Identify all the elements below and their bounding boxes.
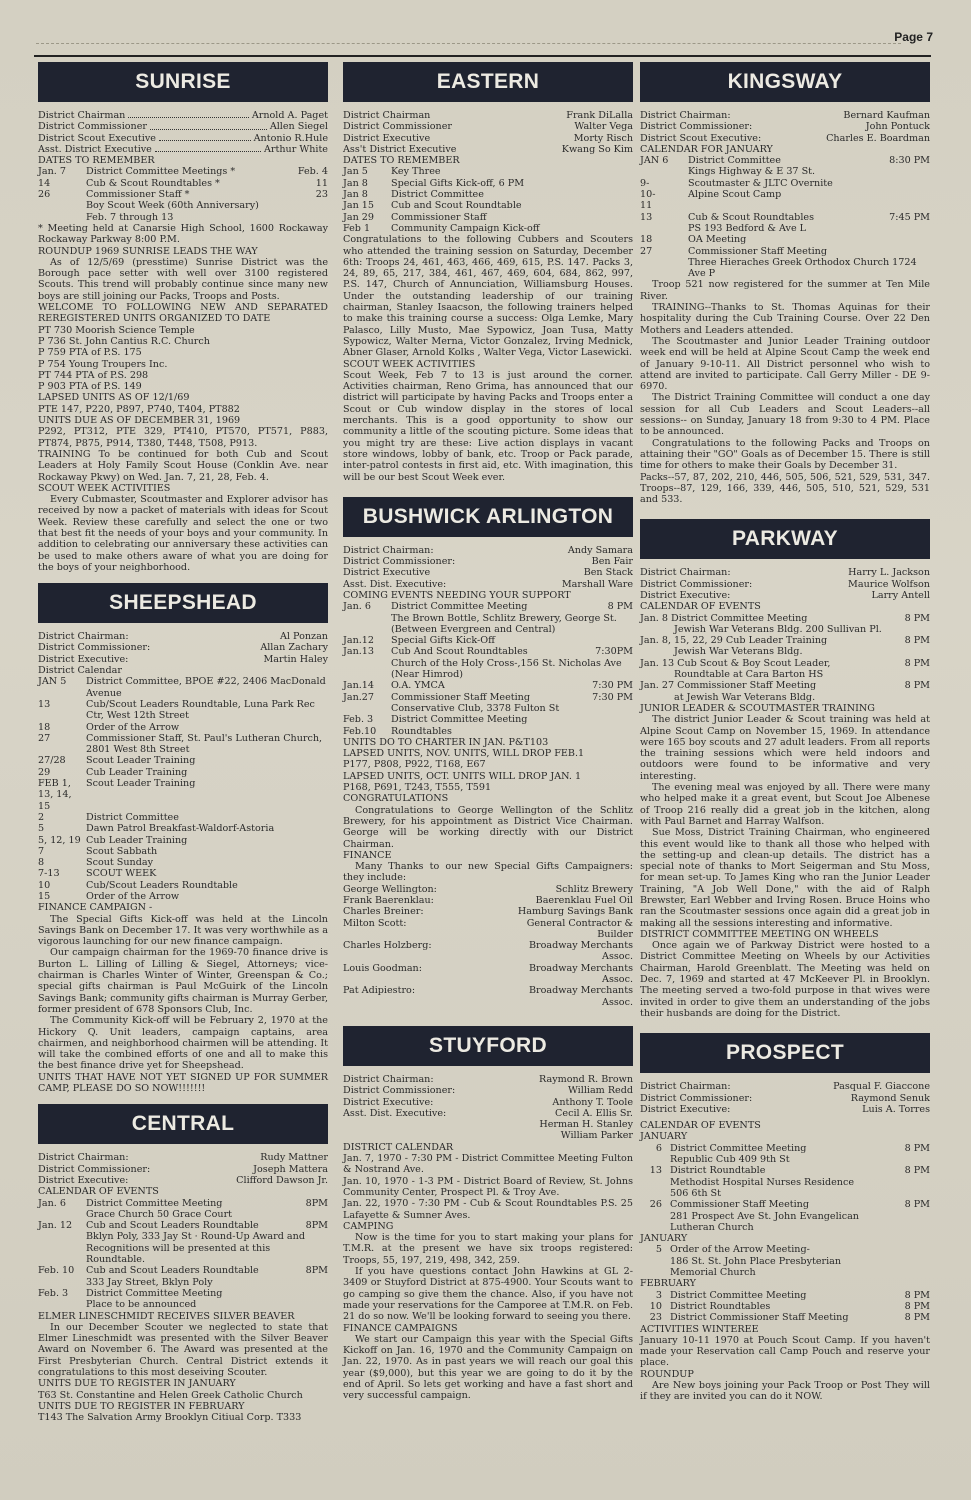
unit-item: PT 730 Moorish Science Temple <box>38 325 328 336</box>
event-date: Jan.14 <box>343 680 391 691</box>
event-title: OA Meeting <box>688 234 930 245</box>
officer-row: District Scout ExecutiveAntonio R.Hule <box>38 133 328 144</box>
officer-name: Walter Vega <box>574 121 633 132</box>
event-title: Commissioner Staff Meeting <box>670 1199 905 1210</box>
section-heading: UNITS DUE TO REGISTER IN JANUARY <box>38 1378 328 1389</box>
event-title: District Committee Meeting <box>670 1290 905 1301</box>
event-title: Cub and Scout Leaders Roundtable <box>86 1220 306 1231</box>
calendar-event: Jan.14O.A. YMCA7:30 PM <box>343 680 633 691</box>
officer-name: Raymond R. Brown <box>539 1074 633 1085</box>
prospect-section: District Chairman:Pasqual F. GiacconeDis… <box>640 1081 930 1402</box>
leader-dots <box>159 133 251 141</box>
event-date: 27 <box>640 246 688 257</box>
event-date: Jan.12 <box>343 635 391 646</box>
officer-name: Arnold A. Paget <box>252 110 328 121</box>
event-title <box>688 200 930 211</box>
officer-row: William Parker <box>343 1130 633 1141</box>
calendar-event: 14Cub & Scout Roundtables *11 <box>38 178 328 189</box>
officer-name: Ben Fair <box>592 556 633 567</box>
event-title: Community Campaign Kick-off <box>391 223 633 234</box>
officer-row: District ExecutiveMorty Risch <box>343 133 633 144</box>
officer-name: Harry L. Jackson <box>848 567 930 578</box>
calendar-event: 5Dawn Patrol Breakfast-Waldorf-Astoria <box>38 823 328 834</box>
officer-row: Asst. Dist. Executive:Cecil A. Ellis Sr. <box>343 1108 633 1119</box>
paragraph: Once again we of Parkway District were h… <box>640 940 930 1019</box>
event-title: Jan. 13 Cub Scout & Boy Scout Leader, <box>640 658 830 669</box>
paragraph: Troop 521 now registered for the summer … <box>640 279 930 302</box>
event-title: District Committee Meetings * <box>86 166 298 177</box>
calendar-event: 3District Committee Meeting8 PM <box>640 1290 930 1301</box>
section-heading: WELCOME TO FOLLOWING NEW AND SEPARATED R… <box>38 302 328 325</box>
event-time: 8PM <box>306 1220 328 1231</box>
campaigner-org: Hamburg Savings Bank <box>518 906 633 917</box>
event-date: JAN 6 <box>640 155 688 166</box>
event-title: Key Three <box>391 166 633 177</box>
officer-row: District Executive:Luis A. Torres <box>640 1104 930 1115</box>
calendar-event: Jan. 27 Commissioner Staff Meeting8 PM <box>640 680 930 691</box>
calendar-event: FEB 1, 13, 14, 15Scout Leader Training <box>38 778 328 812</box>
event-date: 18 <box>38 722 86 733</box>
campaigner-row: Louis Goodman:Broadway Merchants Assoc. <box>343 963 633 986</box>
officer-role: District Chairman: <box>343 545 434 556</box>
officer-name: Clifford Dawson Jr. <box>236 1175 328 1186</box>
paragraph: * Meeting held at Canarsie High School, … <box>38 223 328 246</box>
event-time: 8 PM <box>905 613 930 624</box>
event-title: SCOUT WEEK <box>86 868 328 879</box>
column-middle: EASTERN District ChairmanFrank DiLallaDi… <box>343 62 633 1402</box>
event-title: Commissioner Staff, St. Paul's Lutheran … <box>86 733 328 756</box>
sunrise-banner: SUNRISE <box>38 62 328 102</box>
calendar-event: 27/28Scout Leader Training <box>38 755 328 766</box>
officer-role: District Commissioner: <box>38 642 150 653</box>
event-title: District Committee <box>688 155 889 166</box>
event-detail: Church of the Holy Cross-,156 St. Nichol… <box>343 658 633 681</box>
paragraph: The Community Kick-off will be February … <box>38 1015 328 1071</box>
event-title: Jan. 8, 15, 22, 29 Cub Leader Training <box>640 635 827 646</box>
event-date: 7-13 <box>38 868 86 879</box>
section-heading: SCOUT WEEK ACTIVITIES <box>38 483 328 494</box>
calendar-entry: Jan. 22, 1970 - 7:30 PM - Cub & Scout Ro… <box>343 1198 633 1221</box>
officer-role: District Commissioner: <box>640 121 752 132</box>
event-date: Jan 8 <box>343 178 391 189</box>
officer-role: District Commissioner: <box>343 1085 455 1096</box>
event-date: 5, 12, 19 <box>38 835 86 846</box>
event-date: Feb. 10 <box>38 1265 86 1276</box>
event-date: 10 <box>640 1301 670 1312</box>
paragraph: If you have questions contact John Hawki… <box>343 1266 633 1322</box>
campaigner-row: Charles Holzberg:Broadway Merchants Asso… <box>343 940 633 963</box>
event-title: Order of the Arrow <box>86 722 328 733</box>
campaigner-name: Charles Breiner: <box>343 906 424 917</box>
stuyford-banner: STUYFORD <box>343 1026 633 1066</box>
officer-name: Al Ponzan <box>280 631 328 642</box>
calendar-event: Jan. 13 Cub Scout & Boy Scout Leader,8 P… <box>640 658 930 669</box>
campaigner-row: Charles Breiner:Hamburg Savings Bank <box>343 906 633 917</box>
event-time: 7:30PM <box>595 646 633 657</box>
paragraph: Our campaign chairman for the 1969-70 fi… <box>38 947 328 1015</box>
event-date: 13 <box>640 1165 670 1176</box>
officer-name: Frank DiLalla <box>566 110 633 121</box>
officer-row: Herman H. Stanley <box>343 1119 633 1130</box>
officer-role: District Chairman: <box>640 110 731 121</box>
column-right: KINGSWAY District Chairman:Bernard Kaufm… <box>640 62 930 1403</box>
event-detail: Conservative Club, 3378 Fulton St <box>343 703 633 714</box>
officer-name: Allan Zachary <box>260 642 328 653</box>
officer-role: District Commissioner: <box>640 1093 752 1104</box>
calendar-event: Feb. 3District Committee Meeting <box>38 1288 328 1299</box>
event-title: Scout Leader Training <box>86 778 328 812</box>
paragraph: Congratulations to George Wellington of … <box>343 805 633 850</box>
officer-role: District Chairman: <box>38 631 129 642</box>
calendar-event: JAN 6District Committee8:30 PM <box>640 155 930 166</box>
officer-role: District Executive: <box>38 1175 128 1186</box>
officer-row: District Chairman:Bernard Kaufman <box>640 110 930 121</box>
event-date: 10 <box>38 880 86 891</box>
campaigner-org: Schlitz Brewery <box>556 884 633 895</box>
calendar-event: Jan 8Special Gifts Kick-off, 6 PM <box>343 178 633 189</box>
campaigner-row: Pat Adipiestro:Broadway Merchants Assoc. <box>343 985 633 1008</box>
event-title: Alpine Scout Camp <box>688 189 930 200</box>
officer-row: District Commissioner:Maurice Wolfson <box>640 579 930 590</box>
event-date: Jan. 12 <box>38 1220 86 1231</box>
calendar-event: 10District Roundtables8 PM <box>640 1301 930 1312</box>
event-date: 11 <box>640 200 688 211</box>
officer-role: District Executive: <box>343 1097 433 1108</box>
calendar-event: 27Commissioner Staff, St. Paul's Luthera… <box>38 733 328 756</box>
event-detail: 186 St. St. John Place Presbyterian Memo… <box>640 1256 930 1279</box>
officer-name: Arthur White <box>264 144 328 155</box>
calendar-entry: Jan. 7, 1970 - 7:30 PM - District Commit… <box>343 1153 633 1176</box>
event-date: 10- <box>640 189 688 200</box>
officer-name: Rudy Mattner <box>260 1152 328 1163</box>
paragraph: P177, P808, P922, T168, E67 <box>343 759 633 770</box>
event-title: District Committee <box>86 812 328 823</box>
officer-role: District Chairman <box>38 110 125 121</box>
officer-name: Joseph Mattera <box>253 1164 328 1175</box>
event-title: District Committee Meeting <box>391 601 608 612</box>
event-detail: Place to be announced <box>38 1299 328 1310</box>
event-date: 26 <box>640 1199 670 1210</box>
event-date: FEB 1, 13, 14, 15 <box>38 778 86 812</box>
section-heading: CALENDAR OF EVENTS <box>38 1186 328 1197</box>
officer-name: Luis A. Torres <box>862 1104 930 1115</box>
section-heading: LAPSED UNITS, OCT. UNITS WILL DROP JAN. … <box>343 771 633 782</box>
officer-name: Andy Samara <box>568 545 633 556</box>
officer-row: District Executive:Clifford Dawson Jr. <box>38 1175 328 1186</box>
paragraph: As of 12/5/69 (presstime) Sunrise Distri… <box>38 257 328 302</box>
calendar-event: Jan.27Commissioner Staff Meeting7:30 PM <box>343 692 633 703</box>
section-heading: COMING EVENTS NEEDING YOUR SUPPORT <box>343 590 633 601</box>
event-title: Cub Leader Training <box>86 767 328 778</box>
officer-row: District Chairman:Harry L. Jackson <box>640 567 930 578</box>
campaigner-org: Baerenklau Fuel Oil <box>536 895 633 906</box>
event-detail: Methodist Hospital Nurses Residence 506 … <box>640 1177 930 1200</box>
section-heading: CONGRATULATIONS <box>343 793 633 804</box>
calendar-event: 7Scout Sabbath <box>38 846 328 857</box>
calendar-event: 8Scout Sunday <box>38 857 328 868</box>
calendar-event: Feb 1Community Campaign Kick-off <box>343 223 633 234</box>
officer-name: Pasqual F. Giaccone <box>833 1081 930 1092</box>
paragraph: Sue Moss, District Training Chairman, wh… <box>640 827 930 929</box>
officer-role: District Executive: <box>38 654 128 665</box>
event-title: Scout Leader Training <box>86 755 328 766</box>
event-time: 8 PM <box>608 601 633 612</box>
officer-row: Asst. Dist. Executive:Marshall Ware <box>343 579 633 590</box>
event-date: 8 <box>38 857 86 868</box>
event-time: 7:30 PM <box>592 692 633 703</box>
calendar-event: 26Commissioner Staff *23 <box>38 189 328 200</box>
event-time: 8PM <box>306 1265 328 1276</box>
section-heading: CALENDAR OF EVENTS <box>640 601 930 612</box>
sunrise-section: District ChairmanArnold A. PagetDistrict… <box>38 110 328 573</box>
officer-name: Herman H. Stanley <box>539 1119 633 1130</box>
officer-row: District Executive:Larry Antell <box>640 590 930 601</box>
event-date: 13 <box>640 212 688 223</box>
event-title: Scoutmaster & JLTC Overnite <box>688 178 930 189</box>
event-date: 15 <box>38 891 86 902</box>
officer-role: District Executive <box>343 567 430 578</box>
event-title: Commissioner Staff * <box>86 189 316 200</box>
event-detail: Jewish War Veterans Bldg. 200 Sullivan P… <box>640 624 930 635</box>
calendar-event: 26Commissioner Staff Meeting8 PM <box>640 1199 930 1210</box>
calendar-event: 18Order of the Arrow <box>38 722 328 733</box>
event-title: Cub and Scout Leaders Roundtable <box>86 1265 306 1276</box>
event-time: 8 PM <box>905 1199 930 1210</box>
event-time: 8PM <box>306 1198 328 1209</box>
section-heading: LAPSED UNITS, NOV. UNITS, WILL DROP FEB.… <box>343 748 633 759</box>
officer-role: District Chairman: <box>640 1081 731 1092</box>
officer-role: District Executive <box>343 133 430 144</box>
section-heading: CALENDAR FOR JANUARY <box>640 144 930 155</box>
calendar-event: 18OA Meeting <box>640 234 930 245</box>
officer-name: Cecil A. Ellis Sr. <box>555 1108 633 1119</box>
event-date: Feb. 3 <box>38 1288 86 1299</box>
paragraph: Now is the time for you to start making … <box>343 1232 633 1266</box>
calendar-event: 13Cub/Scout Leaders Roundtable, Luna Par… <box>38 699 328 722</box>
central-section: District Chairman:Rudy MattnerDistrict C… <box>38 1152 328 1423</box>
campaigner-row: George Wellington:Schlitz Brewery <box>343 884 633 895</box>
officer-role: District Executive: <box>640 590 730 601</box>
event-detail: at Jewish War Veterans Bldg. <box>640 692 930 703</box>
event-date: 5 <box>38 823 86 834</box>
calendar-event: 5Order of the Arrow Meeting- <box>640 1244 930 1255</box>
event-date: Jan.13 <box>343 646 391 657</box>
event-date: Feb. 3 <box>343 714 391 725</box>
event-time: 8 PM <box>905 1143 930 1154</box>
event-detail: Feb. 7 through 13 <box>38 212 328 223</box>
campaigner-name: Pat Adipiestro: <box>343 985 415 1008</box>
newspaper-page: Page 7 SUNRISE District ChairmanArnold A… <box>0 0 971 1500</box>
officer-name: Allen Siegel <box>270 121 328 132</box>
event-date: 13 <box>38 699 86 722</box>
section-heading: DISTRICT COMMITTEE MEETING ON WHEELS <box>640 929 930 940</box>
event-title: Order of the Arrow <box>86 891 328 902</box>
paragraph: P292, PT312, PTE 329, PT410, PT570, PT57… <box>38 426 328 449</box>
calendar-event: 13District Roundtable8 PM <box>640 1165 930 1176</box>
event-title: District Committee <box>391 189 633 200</box>
section-heading: SCOUT WEEK ACTIVITIES <box>343 359 633 370</box>
event-time: 8 PM <box>905 1165 930 1176</box>
event-title: Cub And Scout Roundtables <box>391 646 595 657</box>
section-heading: FEBRUARY <box>640 1278 930 1289</box>
section-heading: JUNIOR LEADER & SCOUTMASTER TRAINING <box>640 703 930 714</box>
calendar-event: 11 <box>640 200 930 211</box>
event-title: Jan. 27 Commissioner Staff Meeting <box>640 680 816 691</box>
officer-name: Raymond Senuk <box>851 1093 930 1104</box>
officer-name: Ben Stack <box>584 567 633 578</box>
section-heading: District Calendar <box>38 665 328 676</box>
sheepshead-section: District Chairman:Al PonzanDistrict Comm… <box>38 631 328 1094</box>
paragraph: The Special Gifts Kick-off was held at t… <box>38 914 328 948</box>
officer-name: William Parker <box>561 1130 633 1141</box>
section-heading: FINANCE <box>343 850 633 861</box>
unit-item: P 903 PTA of P.S. 149 <box>38 381 328 392</box>
event-date: 27 <box>38 733 86 756</box>
event-detail: Roundtable at Cara Barton HS <box>640 669 930 680</box>
event-title: Special Gifts Kick-off, 6 PM <box>391 178 633 189</box>
event-title: District Committee Meeting <box>86 1198 306 1209</box>
section-heading: UNITS DUE AS OF DECEMBER 31, 1969 <box>38 415 328 426</box>
calendar-event: 2District Committee <box>38 812 328 823</box>
paragraph: The evening meal was enjoyed by all. The… <box>640 782 930 827</box>
officer-row: District ExecutiveBen Stack <box>343 567 633 578</box>
leader-dots <box>155 144 261 152</box>
event-detail: The Brown Bottle, Schlitz Brewery, Georg… <box>343 613 633 636</box>
officer-role: District Commissioner: <box>640 579 752 590</box>
event-time: 8 PM <box>905 635 930 646</box>
leader-dots <box>150 121 267 129</box>
officer-row: District Commissioner:John Pontuck <box>640 121 930 132</box>
campaigner-org: General Contractor & Builder <box>503 918 633 941</box>
column-left: SUNRISE District ChairmanArnold A. Paget… <box>38 62 328 1423</box>
campaigner-name: Milton Scott: <box>343 918 406 941</box>
section-heading: ELMER LINESCHMIDT RECEIVES SILVER BEAVER <box>38 1311 328 1322</box>
event-title: District Committee, BPOE #22, 2406 MacDo… <box>86 676 328 699</box>
event-detail: Grace Church 50 Grace Court <box>38 1209 328 1220</box>
paragraph: UNITS THAT HAVE NOT YET SIGNED UP FOR SU… <box>38 1072 328 1095</box>
paragraph: January 10-11 1970 at Pouch Scout Camp. … <box>640 1335 930 1369</box>
calendar-event: Jan. 7District Committee Meetings *Feb. … <box>38 166 328 177</box>
calendar-event: Jan. 12Cub and Scout Leaders Roundtable8… <box>38 1220 328 1231</box>
officer-role: District Chairman: <box>38 1152 129 1163</box>
paragraph: TRAINING--Thanks to St. Thomas Aquinas f… <box>640 302 930 336</box>
calendar-event: Jan.13Cub And Scout Roundtables7:30PM <box>343 646 633 657</box>
event-title: Special Gifts Kick-Off <box>391 635 633 646</box>
calendar-event: 9-Scoutmaster & JLTC Overnite <box>640 178 930 189</box>
unit-item: P 759 PTA of P.S. 175 <box>38 347 328 358</box>
stuyford-section: District Chairman:Raymond R. BrownDistri… <box>343 1074 633 1402</box>
officer-row: District Chairman:Andy Samara <box>343 545 633 556</box>
event-detail: Jewish War Veterans Bldg. <box>640 646 930 657</box>
officer-name: Martin Haley <box>263 654 328 665</box>
leader-dots <box>128 110 248 118</box>
event-title: Dawn Patrol Breakfast-Waldorf-Astoria <box>86 823 328 834</box>
event-title: Roundtables <box>391 726 633 737</box>
paragraph: Packs--57, 87, 202, 210, 446, 505, 506, … <box>640 472 930 506</box>
calendar-event: 10Cub/Scout Leaders Roundtable <box>38 880 328 891</box>
officer-role: District Commissioner: <box>343 556 455 567</box>
event-date: Jan 5 <box>343 166 391 177</box>
event-date: 5 <box>640 1244 670 1255</box>
campaigner-name: Louis Goodman: <box>343 963 422 986</box>
event-title: Commissioner Staff Meeting <box>688 246 930 257</box>
event-date: 29 <box>38 767 86 778</box>
calendar-event: Jan. 6District Committee Meeting8 PM <box>343 601 633 612</box>
officer-row: District CommissionerAllen Siegel <box>38 121 328 132</box>
paragraph: In our December Scouter we neglected to … <box>38 1322 328 1378</box>
campaigner-name: Frank Baerenklau: <box>343 895 434 906</box>
eastern-banner: EASTERN <box>343 62 633 102</box>
event-detail: Boy Scout Week (60th Anniversary) <box>38 200 328 211</box>
campaigner-org: Broadway Merchants Assoc. <box>503 940 633 963</box>
officer-row: District ChairmanArnold A. Paget <box>38 110 328 121</box>
paragraph: T143 The Salvation Army Brooklyn Citiual… <box>38 1412 328 1423</box>
section-heading: CALENDAR OF EVENTS <box>640 1120 930 1131</box>
section-heading: FINANCE CAMPAIGNS <box>343 1323 633 1334</box>
officer-role: District Chairman: <box>343 1074 434 1085</box>
calendar-event: Jan.12Special Gifts Kick-Off <box>343 635 633 646</box>
event-title: Cub and Scout Roundtable <box>391 200 633 211</box>
event-title: O.A. YMCA <box>391 680 592 691</box>
unit-item: P 736 St. John Cantius R.C. Church <box>38 336 328 347</box>
officer-name: Larry Antell <box>871 590 930 601</box>
event-date: 18 <box>640 234 688 245</box>
officer-row: District Chairman:Al Ponzan <box>38 631 328 642</box>
officer-row: Ass't District ExecutiveKwang So Kim <box>343 144 633 155</box>
event-title: District Committee Meeting <box>391 714 633 725</box>
event-date: 7 <box>38 846 86 857</box>
event-time: 8 PM <box>905 1290 930 1301</box>
event-title: Commissioner Staff Meeting <box>391 692 592 703</box>
event-detail: Bklyn Poly, 333 Jay St · Round-Up Award … <box>38 1231 328 1265</box>
central-banner: CENTRAL <box>38 1104 328 1144</box>
event-title: Cub Leader Training <box>86 835 328 846</box>
event-title: Cub & Scout Roundtables <box>688 212 889 223</box>
campaigner-row: Frank Baerenklau:Baerenklau Fuel Oil <box>343 895 633 906</box>
unit-item: PT 744 PTA of P.S. 298 <box>38 370 328 381</box>
event-date: 14 <box>38 178 86 189</box>
kingsway-banner: KINGSWAY <box>640 62 930 102</box>
officer-role: District Commissioner <box>38 121 147 132</box>
officer-role: District Chairman: <box>640 567 731 578</box>
calendar-event: JAN 5District Committee, BPOE #22, 2406 … <box>38 676 328 699</box>
officer-role: Asst. Dist. Executive: <box>343 1108 446 1119</box>
calendar-event: 15Order of the Arrow <box>38 891 328 902</box>
officer-role: District Scout Executive <box>38 133 156 144</box>
paragraph: The district Junior Leader & Scout train… <box>640 714 930 782</box>
event-detail: Kings Highway & E 37 St. <box>640 166 930 177</box>
event-title: District Committee Meeting <box>670 1143 905 1154</box>
calendar-event: Jan. 8, 15, 22, 29 Cub Leader Training8 … <box>640 635 930 646</box>
event-date: JAN 5 <box>38 676 86 699</box>
event-date: Jan 15 <box>343 200 391 211</box>
event-title: District Commissioner Staff Meeting <box>670 1312 905 1323</box>
event-date: 2 <box>38 812 86 823</box>
top-dashed-line <box>36 43 901 44</box>
event-date: Feb 1 <box>343 223 391 234</box>
officer-row: District Executive:Martin Haley <box>38 654 328 665</box>
officer-name: Charles E. Boardman <box>826 133 930 144</box>
section-heading: JANUARY <box>640 1131 930 1142</box>
calendar-event: Jan 15Cub and Scout Roundtable <box>343 200 633 211</box>
paragraph: The Scoutmaster and Junior Leader Traini… <box>640 336 930 392</box>
event-detail: Republic Cub 409 9th St <box>640 1154 930 1165</box>
officer-row: District Chairman:Pasqual F. Giaccone <box>640 1081 930 1092</box>
officer-role: District Commissioner: <box>38 1164 150 1175</box>
calendar-event: 5, 12, 19Cub Leader Training <box>38 835 328 846</box>
event-time: 8:30 PM <box>889 155 930 166</box>
event-detail: 281 Prospect Ave St. John Evangelican Lu… <box>640 1211 930 1234</box>
